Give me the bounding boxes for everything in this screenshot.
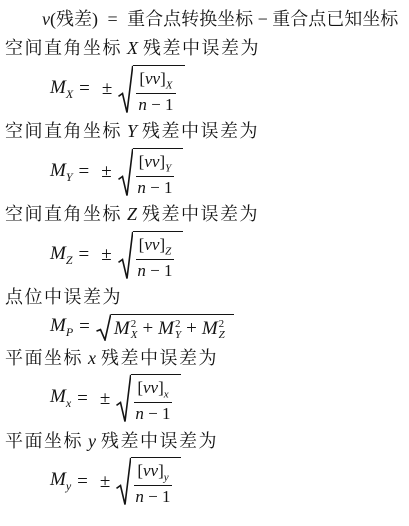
m-subscript: P bbox=[66, 325, 73, 339]
m-symbol: M bbox=[158, 318, 174, 340]
formula-mz-spatial: MZ = ± [vv]Z n − 1 bbox=[50, 231, 403, 281]
radical-icon bbox=[96, 314, 111, 341]
plus-sign: + bbox=[142, 318, 153, 340]
superscript-2: 2 bbox=[219, 319, 225, 331]
formula-mp-point: MP = M2X + M2Y + M2Z bbox=[50, 314, 403, 341]
radical-icon bbox=[116, 457, 131, 507]
heading-text-post: 残差中误差为 bbox=[142, 204, 259, 224]
equals-sign: = bbox=[79, 161, 90, 183]
radicand: [vv]x n − 1 bbox=[131, 374, 180, 424]
fraction-denominator: n − 1 bbox=[137, 177, 172, 198]
fraction: [vv]y n − 1 bbox=[134, 461, 171, 507]
vv-subscript: Y bbox=[165, 162, 171, 174]
n-symbol: n bbox=[137, 261, 146, 280]
fraction: [vv]Y n − 1 bbox=[136, 152, 175, 198]
plus-minus-sign: ± bbox=[100, 471, 110, 493]
heading-text-pre: 空间直角坐标 bbox=[5, 121, 122, 141]
superscript-2: 2 bbox=[175, 319, 181, 331]
m-subscript: x bbox=[66, 396, 71, 410]
minus-one: − 1 bbox=[148, 404, 170, 423]
radical-icon bbox=[118, 65, 133, 115]
sum-of-squares: M2X + M2Y + M2Z bbox=[114, 317, 225, 341]
n-symbol: n bbox=[137, 178, 146, 197]
m-symbol: M bbox=[202, 318, 218, 340]
fraction-numerator: [vv]Z bbox=[136, 235, 175, 260]
m-subscript: Y bbox=[66, 170, 73, 184]
vv-term: vv bbox=[143, 461, 158, 480]
residual-variable: v bbox=[42, 9, 50, 29]
m-symbol: M bbox=[50, 469, 66, 490]
m-symbol: M bbox=[50, 77, 66, 98]
minus-one: − 1 bbox=[148, 487, 170, 506]
square-root: M2X + M2Y + M2Z bbox=[96, 314, 234, 341]
equals-sign: = bbox=[77, 471, 88, 493]
plus-minus-sign: ± bbox=[102, 78, 112, 100]
n-symbol: n bbox=[135, 487, 144, 506]
residual-label: (残差) bbox=[50, 9, 98, 29]
m-subscript: Z bbox=[66, 253, 73, 267]
radical-icon bbox=[118, 148, 133, 198]
radical-icon bbox=[116, 374, 131, 424]
radical-icon bbox=[118, 231, 133, 281]
heading-plane-y: 平面坐标y残差中误差为 bbox=[5, 430, 403, 453]
radicand: [vv]y n − 1 bbox=[131, 457, 180, 507]
heading-variable: Z bbox=[127, 204, 137, 224]
residual-rhs-text: 重合点转换坐标 − 重合点已知坐标 bbox=[127, 9, 398, 29]
equals-sign: = bbox=[79, 316, 90, 338]
subscript: X bbox=[131, 330, 138, 342]
radicand: M2X + M2Y + M2Z bbox=[111, 314, 234, 341]
fraction-numerator: [vv]y bbox=[134, 461, 171, 486]
minus-one: − 1 bbox=[151, 95, 173, 114]
fraction-numerator: [vv]X bbox=[136, 69, 175, 94]
fraction-denominator: n − 1 bbox=[137, 260, 172, 281]
formula-lhs: MZ bbox=[50, 243, 73, 268]
radicand: [vv]Y n − 1 bbox=[133, 148, 184, 198]
vv-subscript: y bbox=[164, 471, 169, 483]
formula-lhs: Mx bbox=[50, 386, 71, 411]
plus-minus-sign: ± bbox=[101, 244, 111, 266]
equals-sign: = bbox=[77, 388, 88, 410]
heading-text-pre: 空间直角坐标 bbox=[5, 204, 122, 224]
residual-definition-line: v(残差) = 重合点转换坐标 − 重合点已知坐标 bbox=[42, 7, 403, 31]
sup-sub-stack: 2Z bbox=[219, 319, 225, 342]
vv-term: vv bbox=[144, 235, 159, 254]
formula-lhs: My bbox=[50, 469, 71, 494]
minus-one: − 1 bbox=[150, 178, 172, 197]
heading-text-post: 残差中误差为 bbox=[142, 121, 259, 141]
heading-text-post: 残差中误差为 bbox=[101, 431, 218, 451]
plus-minus-sign: ± bbox=[101, 161, 111, 183]
heading-text-post: 残差中误差为 bbox=[143, 38, 260, 58]
m-symbol: M bbox=[114, 318, 130, 340]
vv-term: vv bbox=[145, 69, 160, 88]
m-symbol: M bbox=[50, 243, 66, 264]
heading-text-pre: 空间直角坐标 bbox=[5, 38, 122, 58]
heading-text-pre: 平面坐标 bbox=[5, 348, 83, 368]
heading-text-post: 残差中误差为 bbox=[101, 348, 218, 368]
m-symbol: M bbox=[50, 160, 66, 181]
equals-sign: = bbox=[79, 78, 90, 100]
formula-lhs: MP bbox=[50, 315, 73, 340]
fraction: [vv]x n − 1 bbox=[134, 378, 171, 424]
square-root: [vv]Z n − 1 bbox=[118, 231, 184, 281]
m-symbol: M bbox=[50, 315, 66, 336]
plus-sign: + bbox=[186, 318, 197, 340]
vv-subscript: Z bbox=[165, 245, 171, 257]
vv-subscript: X bbox=[166, 79, 173, 91]
superscript-2: 2 bbox=[131, 319, 137, 331]
n-symbol: n bbox=[138, 95, 147, 114]
vv-term: vv bbox=[144, 152, 159, 171]
formula-my-plane: My = ± [vv]y n − 1 bbox=[50, 457, 403, 507]
fraction: [vv]X n − 1 bbox=[136, 69, 175, 115]
fraction-numerator: [vv]x bbox=[134, 378, 171, 403]
square-root: [vv]X n − 1 bbox=[118, 65, 184, 115]
sup-sub-stack: 2Y bbox=[175, 319, 181, 342]
square-root: [vv]x n − 1 bbox=[116, 374, 180, 424]
equals-sign: = bbox=[79, 244, 90, 266]
heading-spatial-z: 空间直角坐标Z残差中误差为 bbox=[5, 203, 403, 226]
heading-point-error: 点位中误差为 bbox=[5, 286, 403, 309]
plus-minus-sign: ± bbox=[100, 388, 110, 410]
fraction-numerator: [vv]Y bbox=[136, 152, 175, 177]
heading-variable: x bbox=[88, 348, 96, 368]
fraction-denominator: n − 1 bbox=[135, 486, 170, 507]
n-symbol: n bbox=[135, 404, 144, 423]
fraction-denominator: n − 1 bbox=[138, 94, 173, 115]
formula-my-spatial: MY = ± [vv]Y n − 1 bbox=[50, 148, 403, 198]
heading-spatial-y: 空间直角坐标Y残差中误差为 bbox=[5, 120, 403, 143]
formula-mx-spatial: MX = ± [vv]X n − 1 bbox=[50, 65, 403, 115]
minus-one: − 1 bbox=[150, 261, 172, 280]
heading-variable: X bbox=[127, 38, 138, 58]
heading-plane-x: 平面坐标x残差中误差为 bbox=[5, 347, 403, 370]
fraction-denominator: n − 1 bbox=[135, 403, 170, 424]
sup-sub-stack: 2X bbox=[131, 319, 138, 342]
square-root: [vv]y n − 1 bbox=[116, 457, 180, 507]
vv-subscript: x bbox=[164, 388, 169, 400]
radicand: [vv]Z n − 1 bbox=[133, 231, 184, 281]
formula-mx-plane: Mx = ± [vv]x n − 1 bbox=[50, 374, 403, 424]
equals-sign: = bbox=[108, 9, 118, 29]
m-symbol: M bbox=[50, 386, 66, 407]
vv-term: vv bbox=[143, 378, 158, 397]
fraction: [vv]Z n − 1 bbox=[136, 235, 175, 281]
m-subscript: X bbox=[66, 87, 73, 101]
heading-variable: y bbox=[88, 431, 96, 451]
formula-lhs: MY bbox=[50, 160, 73, 185]
square-root: [vv]Y n − 1 bbox=[118, 148, 184, 198]
m-subscript: y bbox=[66, 479, 71, 493]
subscript: Y bbox=[175, 330, 181, 342]
document-page: v(残差) = 重合点转换坐标 − 重合点已知坐标 空间直角坐标X残差中误差为 … bbox=[0, 0, 409, 507]
heading-text-pre: 平面坐标 bbox=[5, 431, 83, 451]
heading-variable: Y bbox=[127, 121, 137, 141]
radicand: [vv]X n − 1 bbox=[133, 65, 184, 115]
heading-spatial-x: 空间直角坐标X残差中误差为 bbox=[5, 37, 403, 60]
formula-lhs: MX bbox=[50, 77, 73, 102]
subscript: Z bbox=[219, 330, 225, 342]
